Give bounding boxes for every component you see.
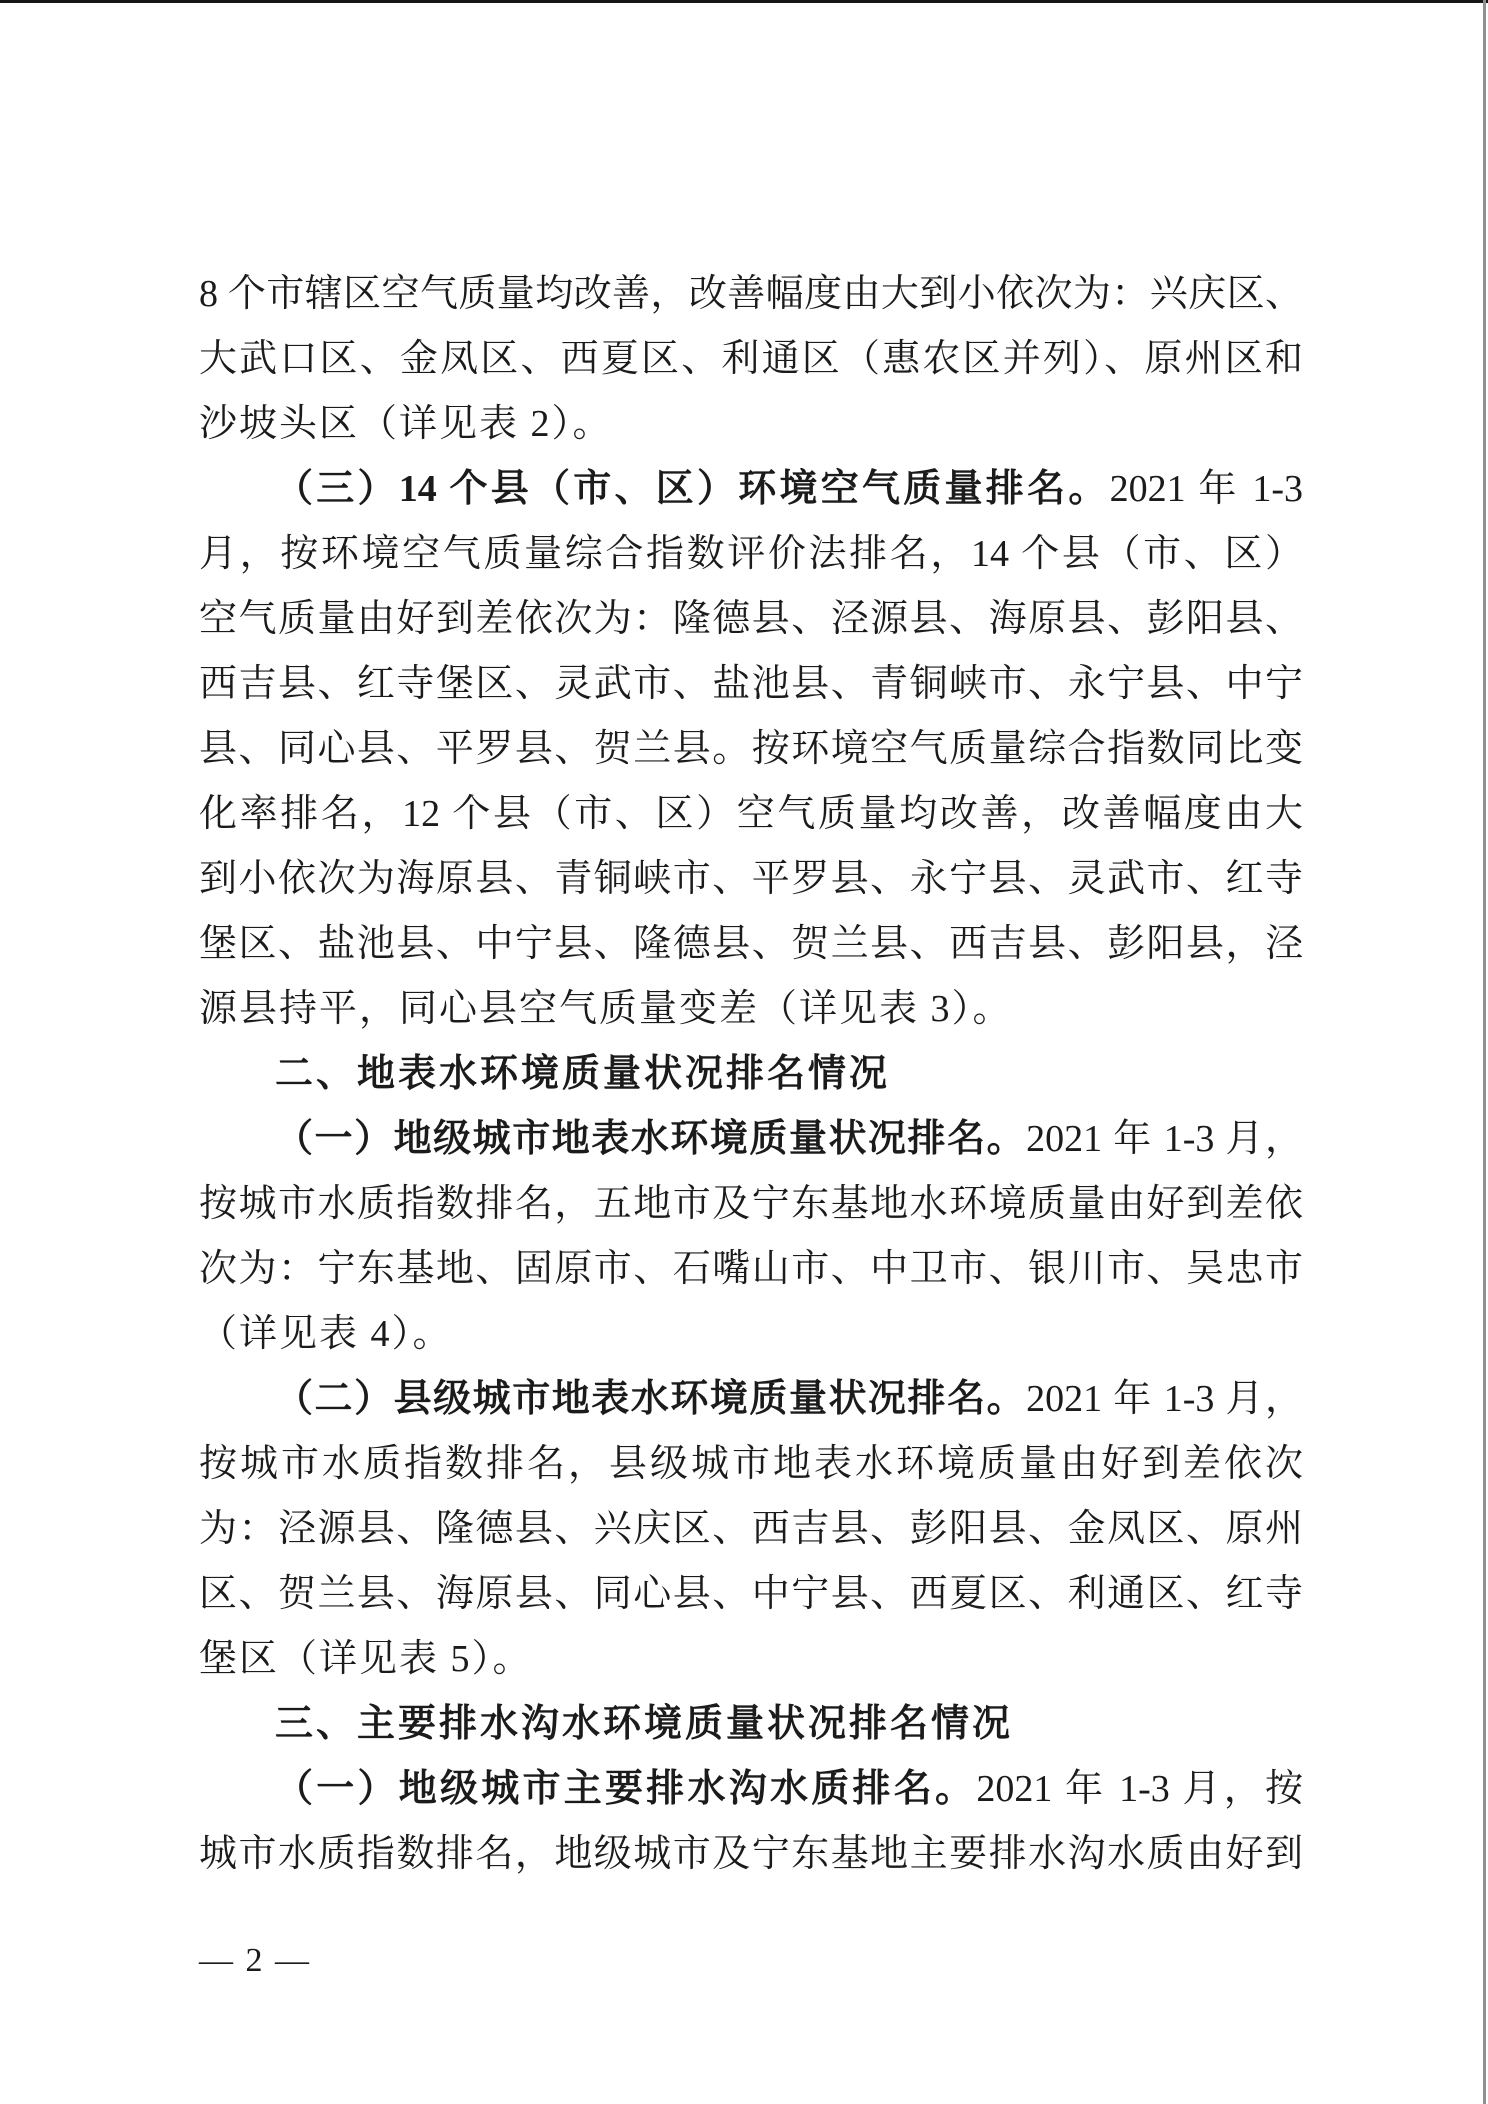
- emphasis-text: （一）地级城市主要排水沟水质排名。: [275, 1768, 976, 1810]
- line-20: 为：泾源县、隆德县、兴庆区、西吉县、彭阳县、金凤区、原州: [199, 1497, 1303, 1562]
- body-text: 源县持平，同心县空气质量变差（详见表 3）。: [199, 988, 1013, 1030]
- line-7: 西吉县、红寺堡区、灵武市、盐池县、青铜峡市、永宁县、中宁: [199, 652, 1303, 717]
- body-text: 按城市水质指数排名，县级城市地表水环境质量由好到差依次: [199, 1443, 1303, 1485]
- line-19: 按城市水质指数排名，县级城市地表水环境质量由好到差依次: [199, 1432, 1303, 1497]
- body-text: （详见表 4）。: [199, 1313, 453, 1355]
- line-3: 沙坡头区（详见表 2）。: [199, 392, 1303, 457]
- line-5: 月，按环境空气质量综合指数评价法排名，14 个县（市、区）: [199, 522, 1303, 587]
- body-text: 2021 年 1-3 月，: [1026, 1378, 1303, 1420]
- document-body: 8 个市辖区空气质量均改善，改善幅度由大到小依次为：兴庆区、大武口区、金凤区、西…: [199, 262, 1303, 1887]
- body-text: 西吉县、红寺堡区、灵武市、盐池县、青铜峡市、永宁县、中宁: [199, 663, 1303, 705]
- line-1: 8 个市辖区空气质量均改善，改善幅度由大到小依次为：兴庆区、: [199, 262, 1303, 327]
- body-text: 城市水质指数排名，地级城市及宁东基地主要排水沟水质由好到: [199, 1833, 1303, 1875]
- body-text: 沙坡头区（详见表 2）。: [199, 403, 613, 445]
- line-22: 堡区（详见表 5）。: [199, 1627, 1303, 1692]
- line-4: （三）14 个县（市、区）环境空气质量排名。2021 年 1-3: [199, 457, 1303, 522]
- emphasis-text: （三）14 个县（市、区）环境空气质量排名。: [275, 468, 1110, 510]
- line-11: 堡区、盐池县、中宁县、隆德县、贺兰县、西吉县、彭阳县，泾: [199, 912, 1303, 977]
- line-18: （二）县级城市地表水环境质量状况排名。2021 年 1-3 月，: [199, 1367, 1303, 1432]
- body-text: 2021 年 1-3: [1110, 468, 1303, 510]
- page-number: — 2 —: [199, 1928, 311, 1993]
- line-16: 次为：宁东基地、固原市、石嘴山市、中卫市、银川市、吴忠市: [199, 1237, 1303, 1302]
- body-text: 区、贺兰县、海原县、同心县、中宁县、西夏区、利通区、红寺: [199, 1573, 1303, 1615]
- body-text: 次为：宁东基地、固原市、石嘴山市、中卫市、银川市、吴忠市: [199, 1248, 1303, 1290]
- body-text: 空气质量由好到差依次为：隆德县、泾源县、海原县、彭阳县、: [199, 598, 1303, 640]
- line-21: 区、贺兰县、海原县、同心县、中宁县、西夏区、利通区、红寺: [199, 1562, 1303, 1627]
- line-17: （详见表 4）。: [199, 1302, 1303, 1367]
- body-text: 2021 年 1-3 月，按: [976, 1768, 1303, 1810]
- emphasis-text: （二）县级城市地表水环境质量状况排名。: [275, 1378, 1026, 1420]
- body-text: 堡区、盐池县、中宁县、隆德县、贺兰县、西吉县、彭阳县，泾: [199, 923, 1303, 965]
- line-8: 县、同心县、平罗县、贺兰县。按环境空气质量综合指数同比变: [199, 717, 1303, 782]
- line-2: 大武口区、金凤区、西夏区、利通区（惠农区并列）、原州区和: [199, 327, 1303, 392]
- line-15: 按城市水质指数排名，五地市及宁东基地水环境质量由好到差依: [199, 1172, 1303, 1237]
- body-text: 8 个市辖区空气质量均改善，改善幅度由大到小依次为：兴庆区、: [199, 273, 1303, 315]
- line-6: 空气质量由好到差依次为：隆德县、泾源县、海原县、彭阳县、: [199, 587, 1303, 652]
- line-23: 三、主要排水沟水环境质量状况排名情况: [199, 1692, 1303, 1757]
- emphasis-text: 三、主要排水沟水环境质量状况排名情况: [275, 1703, 1013, 1745]
- emphasis-text: 二、地表水环境质量状况排名情况: [275, 1053, 890, 1095]
- line-13: 二、地表水环境质量状况排名情况: [199, 1042, 1303, 1107]
- line-25: 城市水质指数排名，地级城市及宁东基地主要排水沟水质由好到: [199, 1822, 1303, 1887]
- line-24: （一）地级城市主要排水沟水质排名。2021 年 1-3 月，按: [199, 1757, 1303, 1822]
- document-page: 8 个市辖区空气质量均改善，改善幅度由大到小依次为：兴庆区、大武口区、金凤区、西…: [0, 0, 1488, 2104]
- body-text: 按城市水质指数排名，五地市及宁东基地水环境质量由好到差依: [199, 1183, 1303, 1225]
- body-text: 月，按环境空气质量综合指数评价法排名，14 个县（市、区）: [199, 533, 1303, 575]
- line-10: 到小依次为海原县、青铜峡市、平罗县、永宁县、灵武市、红寺: [199, 847, 1303, 912]
- body-text: 为：泾源县、隆德县、兴庆区、西吉县、彭阳县、金凤区、原州: [199, 1508, 1303, 1550]
- line-12: 源县持平，同心县空气质量变差（详见表 3）。: [199, 977, 1303, 1042]
- scan-edge-right: [1483, 0, 1486, 2104]
- line-14: （一）地级城市地表水环境质量状况排名。2021 年 1-3 月，: [199, 1107, 1303, 1172]
- scan-edge-top: [0, 0, 1488, 3]
- body-text: 堡区（详见表 5）。: [199, 1638, 533, 1680]
- line-9: 化率排名，12 个县（市、区）空气质量均改善，改善幅度由大: [199, 782, 1303, 847]
- body-text: 2021 年 1-3 月，: [1026, 1118, 1303, 1160]
- body-text: 县、同心县、平罗县、贺兰县。按环境空气质量综合指数同比变: [199, 728, 1303, 770]
- body-text: 大武口区、金凤区、西夏区、利通区（惠农区并列）、原州区和: [199, 338, 1303, 380]
- body-text: 化率排名，12 个县（市、区）空气质量均改善，改善幅度由大: [199, 793, 1303, 835]
- emphasis-text: （一）地级城市地表水环境质量状况排名。: [275, 1118, 1026, 1160]
- body-text: 到小依次为海原县、青铜峡市、平罗县、永宁县、灵武市、红寺: [199, 858, 1303, 900]
